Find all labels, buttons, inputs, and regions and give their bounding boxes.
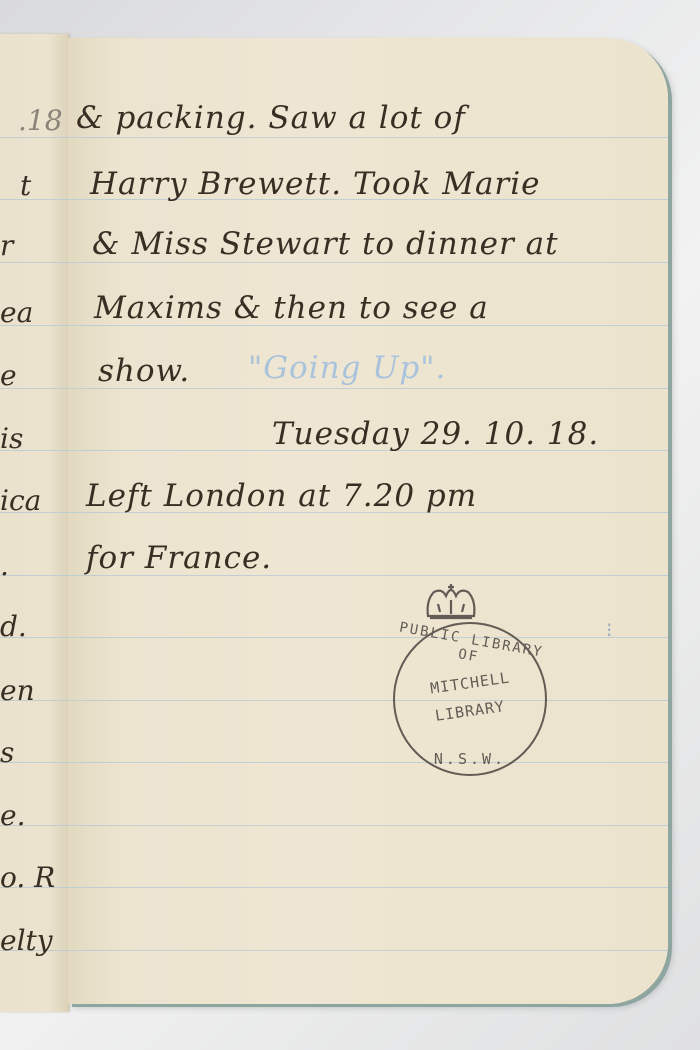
left-fragment: t [20, 169, 31, 202]
ruled-line [68, 637, 668, 638]
left-fragment: ea [0, 296, 33, 329]
left-fragment: ica [0, 484, 41, 517]
left-fragment: e. [0, 799, 25, 832]
ruled-line [68, 700, 668, 701]
left-fragment: e [0, 359, 17, 392]
diary-date-heading: Tuesday 29. 10. 18. [272, 416, 599, 452]
left-fragment: is [0, 422, 23, 455]
stamp-bottom-text: N.S.W. [395, 750, 545, 768]
faint-blue-mark: ⁝ [606, 618, 612, 642]
left-fragment: .18 [18, 104, 63, 137]
crown-icon [422, 582, 480, 622]
right-page: & packing. Saw a lot of Harry Brewett. T… [68, 38, 668, 1004]
left-fragment: . [0, 549, 9, 582]
diary-line: Harry Brewett. Took Marie [90, 166, 541, 202]
ruled-line [68, 887, 668, 888]
left-fragment: r [0, 229, 13, 262]
left-page: .18 t r ea e is ica . d. en s e. o. R el… [0, 34, 69, 1012]
library-stamp: PUBLIC LIBRARY OF MITCHELL LIBRARY N.S.W… [393, 622, 547, 776]
left-fragment: o. R [0, 861, 55, 894]
diary-line: & packing. Saw a lot of [76, 100, 466, 136]
diary-line: show. [98, 353, 190, 389]
ruled-line [0, 199, 68, 200]
ruled-line [68, 762, 668, 763]
ruled-line [0, 575, 68, 576]
ruled-line [68, 825, 668, 826]
diary-line: Maxims & then to see a [94, 290, 489, 326]
diary-line: for France. [86, 540, 272, 576]
diary-line: & Miss Stewart to dinner at [92, 226, 559, 262]
diary-line-blue-ink: "Going Up". [248, 350, 446, 386]
ruled-line [68, 137, 668, 138]
diary-line: Left London at 7.20 pm [86, 478, 477, 514]
ruled-line [68, 262, 668, 263]
left-fragment: s [0, 736, 14, 769]
ruled-line [68, 950, 668, 951]
left-fragment: en [0, 674, 35, 707]
left-fragment: elty [0, 924, 53, 957]
ruled-line [0, 137, 68, 138]
left-fragment: d. [0, 610, 27, 643]
ruled-line [0, 262, 68, 263]
